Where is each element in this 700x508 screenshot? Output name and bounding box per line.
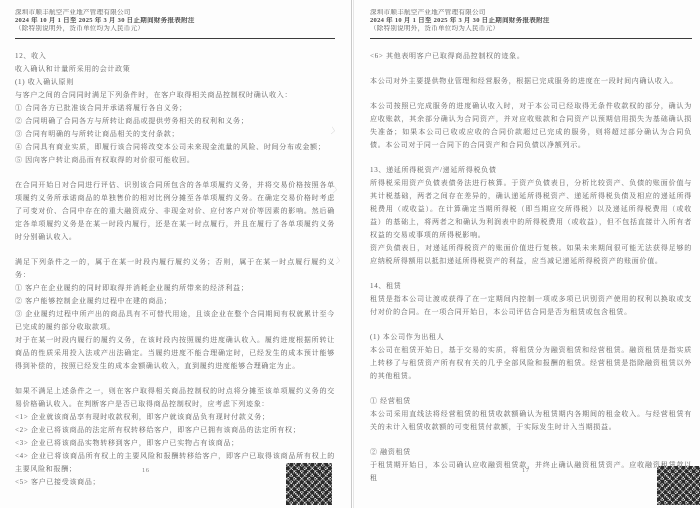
paragraph: ① 合同各方已批准该合同并承诺将履行各自义务； [15, 102, 335, 115]
paragraph: 租赁是指本公司让渡或获得了在一定期间内控制一项或多项已识别资产使用的权利以换取或… [370, 293, 692, 319]
paragraph: 资产负债表日，对递延所得税资产的账面价值进行复核。如果未来期间很可能无法获得足够… [370, 242, 692, 268]
report-period-line: 2024 年 10 月 1 日至 2025 年 3 月 30 日止期间财务报表附… [15, 17, 335, 25]
document-page-right: 深圳市顺丰航空产业地产管理有限公司 2024 年 10 月 1 日至 2025 … [353, 0, 700, 508]
paragraph: ③ 企业履约过程中所产出的商品具有不可替代用途，且该企业在整个合同期间有权就累计… [15, 308, 335, 334]
paragraph: 在合同开始日对合同进行评估、识别该合同所包含的各单项履约义务，并将交易价格按照各… [15, 179, 335, 244]
paragraph: <2> 企业已将该商品的法定所有权转移给客户，即客户已拥有该商品的法定所有权； [15, 424, 335, 437]
paragraph: ② 客户能够控制企业履约过程中在建的商品； [15, 295, 335, 308]
page-body: <6> 其他表明客户已取得商品控制权的迹象。本公司对外主要提供物业管理和经营服务… [370, 50, 692, 485]
paragraph: 与客户之间的合同同时满足下列条件时，在客户取得相关商品控制权时确认收入： [15, 89, 335, 102]
paragraph: 于租赁期开始日，本公司确认应收融资租赁款，并终止确认融资租赁资产。应收融资租赁款… [370, 459, 692, 485]
handwriting-artifact-icon: 〉 [332, 184, 341, 196]
paragraph: ① 经营租赁 [370, 395, 692, 408]
paragraph: 本公司采用直线法将经营租赁的租赁收款额确认为租赁期内各期间的租金收入。与经营租赁… [370, 408, 692, 434]
handwriting-artifact-icon: 〉 [330, 125, 339, 137]
company-name: 深圳市顺丰航空产业地产管理有限公司 [370, 9, 692, 17]
paragraph: (1) 本公司作为出租人 [370, 331, 692, 344]
paragraph: 所得税采用资产负债表债务法进行核算。于资产负债表日，分析比较资产、负债的账面价值… [370, 177, 692, 242]
paragraph: 本公司按照已完成服务的进度确认收入时，对于本公司已经取得无条件收款权的部分，确认… [370, 100, 692, 152]
company-name: 深圳市顺丰航空产业地产管理有限公司 [15, 9, 335, 17]
document-page-left: 深圳市顺丰航空产业地产管理有限公司 2024 年 10 月 1 日至 2025 … [0, 0, 352, 508]
page-number: 17 [522, 467, 530, 474]
paragraph: 满足下列条件之一的，属于在某一时段内履行履约义务；否则，属于在某一时点履行履约义… [15, 256, 335, 282]
header-divider [370, 38, 692, 39]
paragraph: 本公司对外主要提供物业管理和经营服务，根据已完成服务的进度在一段时间内确认收入。 [370, 75, 692, 88]
page-header: 深圳市顺丰航空产业地产管理有限公司 2024 年 10 月 1 日至 2025 … [15, 9, 335, 33]
page-body: 12、收入收入确认和计量所采用的会计政策(1) 收入确认原则与客户之间的合同同时… [15, 50, 335, 489]
paragraph: <1> 企业就该商品享有现时收款权利，即客户就该商品负有现时付款义务； [15, 411, 335, 424]
qr-code-stamp [286, 463, 332, 505]
paragraph: 收入确认和计量所采用的会计政策 [15, 63, 335, 76]
paragraph: 12、收入 [15, 50, 335, 63]
currency-note-line: （除特别说明外，货币单位均为人民币元） [15, 25, 335, 33]
report-period-line: 2024 年 10 月 1 日至 2025 年 3 月 30 日止期间财务报表附… [370, 17, 692, 25]
paragraph: 本公司在租赁开始日，基于交易的实质，将租赁分为融资租赁和经营租赁。融资租赁是指实… [370, 344, 692, 383]
paragraph: 如果不满足上述条件之一，则在客户取得相关商品控制权的时点将分摊至该单项履约义务的… [15, 385, 335, 411]
paragraph: <6> 其他表明客户已取得商品控制权的迹象。 [370, 50, 692, 63]
paragraph: (1) 收入确认原则 [15, 76, 335, 89]
paragraph: ② 合同明确了合同各方与所转让商品或提供劳务相关的权利和义务； [15, 115, 335, 128]
qr-code-stamp [657, 466, 700, 505]
paragraph: ③ 合同有明确的与所转让商品相关的支付条款； [15, 128, 335, 141]
handwriting-artifact-icon: 〉 [335, 255, 344, 267]
paragraph: 对于在某一时段内履行的履约义务，在该时段内按照履约进度确认收入。履约进度根据所转… [15, 334, 335, 373]
header-divider [15, 38, 335, 39]
page-number: 16 [142, 467, 150, 474]
paragraph: ② 融资租赁 [370, 446, 692, 459]
paragraph: <3> 企业已将该商品实物转移到客户，即客户已实物占有该商品； [15, 437, 335, 450]
currency-note-line: （除特别说明外，货币单位均为人民币元） [370, 25, 692, 33]
paragraph: 13、递延所得税资产/递延所得税负债 [370, 164, 692, 177]
paragraph: ⑤ 因向客户转让商品而有权取得的对价很可能收回。 [15, 154, 335, 167]
paragraph: ④ 合同具有商业实质，即履行该合同将改变本公司未来现金流量的风险、时间分布或金额… [15, 141, 335, 154]
page-header: 深圳市顺丰航空产业地产管理有限公司 2024 年 10 月 1 日至 2025 … [370, 9, 692, 33]
paragraph: 14、租赁 [370, 280, 692, 293]
paragraph: ① 客户在企业履约的同时即取得并消耗企业履约所带来的经济利益； [15, 282, 335, 295]
